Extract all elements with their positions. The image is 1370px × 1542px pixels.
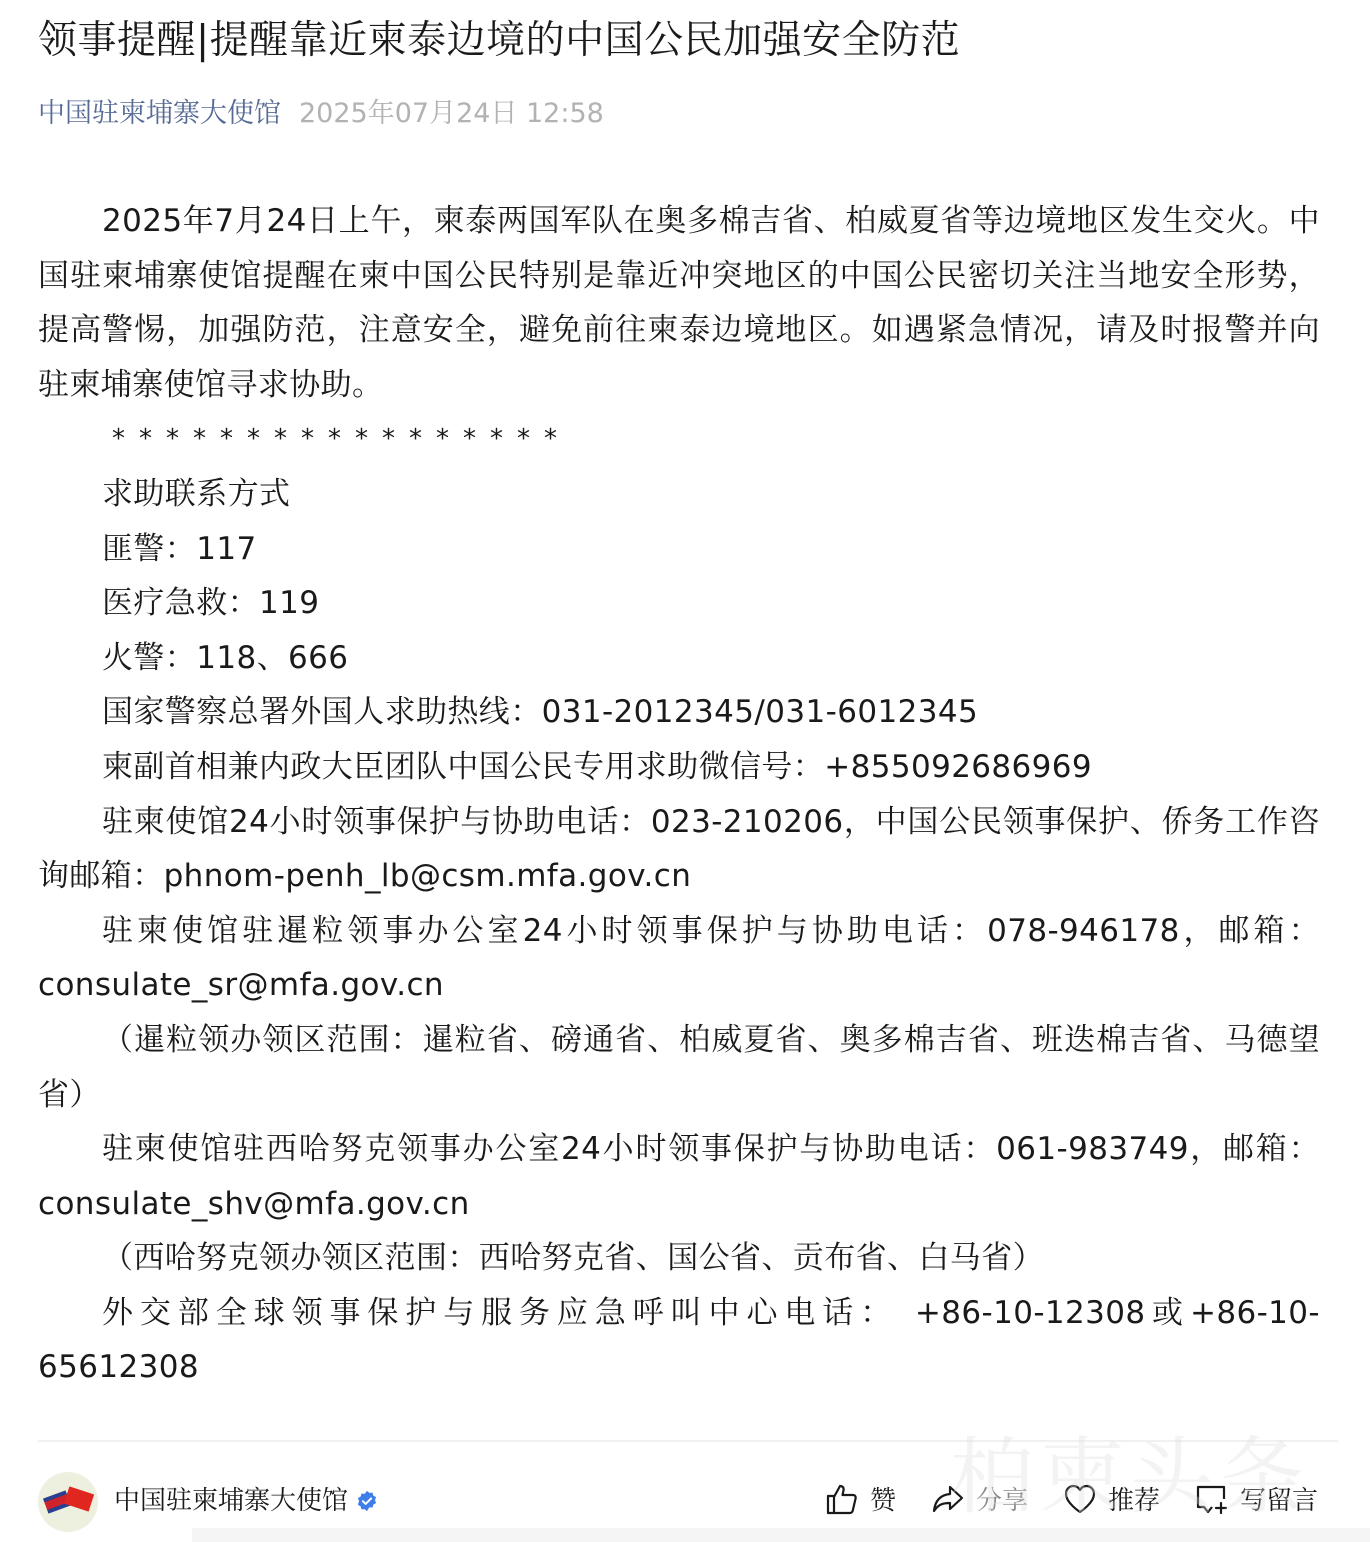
intro-paragraph: 2025年7月24日上午，柬泰两国军队在奥多棉吉省、柏威夏省等边境地区发生交火。… [38, 194, 1320, 412]
author-link[interactable]: 中国驻柬埔寨大使馆 [38, 98, 281, 129]
siem-reap-jurisdiction: （暹粒领办领区范围：暹粒省、磅通省、柏威夏省、奥多棉吉省、班迭棉吉省、马德望省） [38, 1013, 1320, 1122]
divider-text: ***************** [112, 424, 571, 454]
sihanouk-jurisdiction: （西哈努克领办领区范围：西哈努克省、国公省、贡布省、白马省） [38, 1231, 1320, 1286]
heart-icon [1062, 1481, 1098, 1517]
footer-divider [38, 1440, 1338, 1442]
article-body: 2025年7月24日上午，柬泰两国军队在奥多棉吉省、柏威夏省等边境地区发生交火。… [38, 194, 1320, 1395]
contact-line: 火警：118、666 [38, 631, 1320, 686]
write-comment-button[interactable]: 写留言 [1194, 1480, 1318, 1517]
divider-stars: ***************** [38, 412, 1320, 467]
article-meta: 中国驻柬埔寨大使馆2025年07月24日 12:58 [38, 94, 604, 134]
recommend-button[interactable]: 推荐 [1062, 1480, 1160, 1517]
account-name-row[interactable]: 中国驻柬埔寨大使馆 [114, 1482, 378, 1520]
share-label: 分享 [976, 1480, 1028, 1517]
china-flag-icon [64, 1486, 94, 1511]
contact-line: 匪警：117 [38, 522, 1320, 577]
thumbs-up-icon [824, 1481, 860, 1517]
contact-line: 医疗急救：119 [38, 576, 1320, 631]
siem-reap-contact-paragraph: 驻柬使馆驻暹粒领事办公室24小时领事保护与协助电话：078-946178，邮箱：… [38, 904, 1320, 1013]
contact-line: 柬副首相兼内政大臣团队中国公民专用求助微信号：+855092686969 [38, 740, 1320, 795]
like-label: 赞 [870, 1480, 896, 1517]
footer-bar [192, 1528, 1370, 1542]
account-avatar[interactable] [38, 1472, 98, 1532]
mfa-hotline-paragraph: 外交部全球领事保护与服务应急呼叫中心电话： +86-10-12308或+86-1… [38, 1286, 1320, 1395]
article-title: 领事提醒|提醒靠近柬泰边境的中国公民加强安全防范 [38, 14, 1338, 68]
comment-icon [1194, 1481, 1230, 1517]
article-footer: 中国驻柬埔寨大使馆 赞 分享 推荐 写留言 [0, 1468, 1370, 1542]
share-button[interactable]: 分享 [930, 1480, 1028, 1517]
sihanouk-contact-paragraph: 驻柬使馆驻西哈努克领事办公室24小时领事保护与协助电话：061-983749，邮… [38, 1122, 1320, 1231]
share-icon [930, 1481, 966, 1517]
action-bar: 赞 分享 推荐 写留言 [824, 1480, 1318, 1517]
verified-badge-icon [356, 1490, 378, 1512]
contact-line: 国家警察总署外国人求助热线：031-2012345/031-6012345 [38, 685, 1320, 740]
embassy-contact-paragraph: 驻柬使馆24小时领事保护与协助电话：023-210206，中国公民领事保护、侨务… [38, 795, 1320, 904]
recommend-label: 推荐 [1108, 1480, 1160, 1517]
contacts-heading: 求助联系方式 [38, 467, 1320, 522]
publish-date: 2025年07月24日 12:58 [299, 98, 604, 129]
account-name: 中国驻柬埔寨大使馆 [114, 1486, 348, 1516]
like-button[interactable]: 赞 [824, 1480, 896, 1517]
write-comment-label: 写留言 [1240, 1480, 1318, 1517]
